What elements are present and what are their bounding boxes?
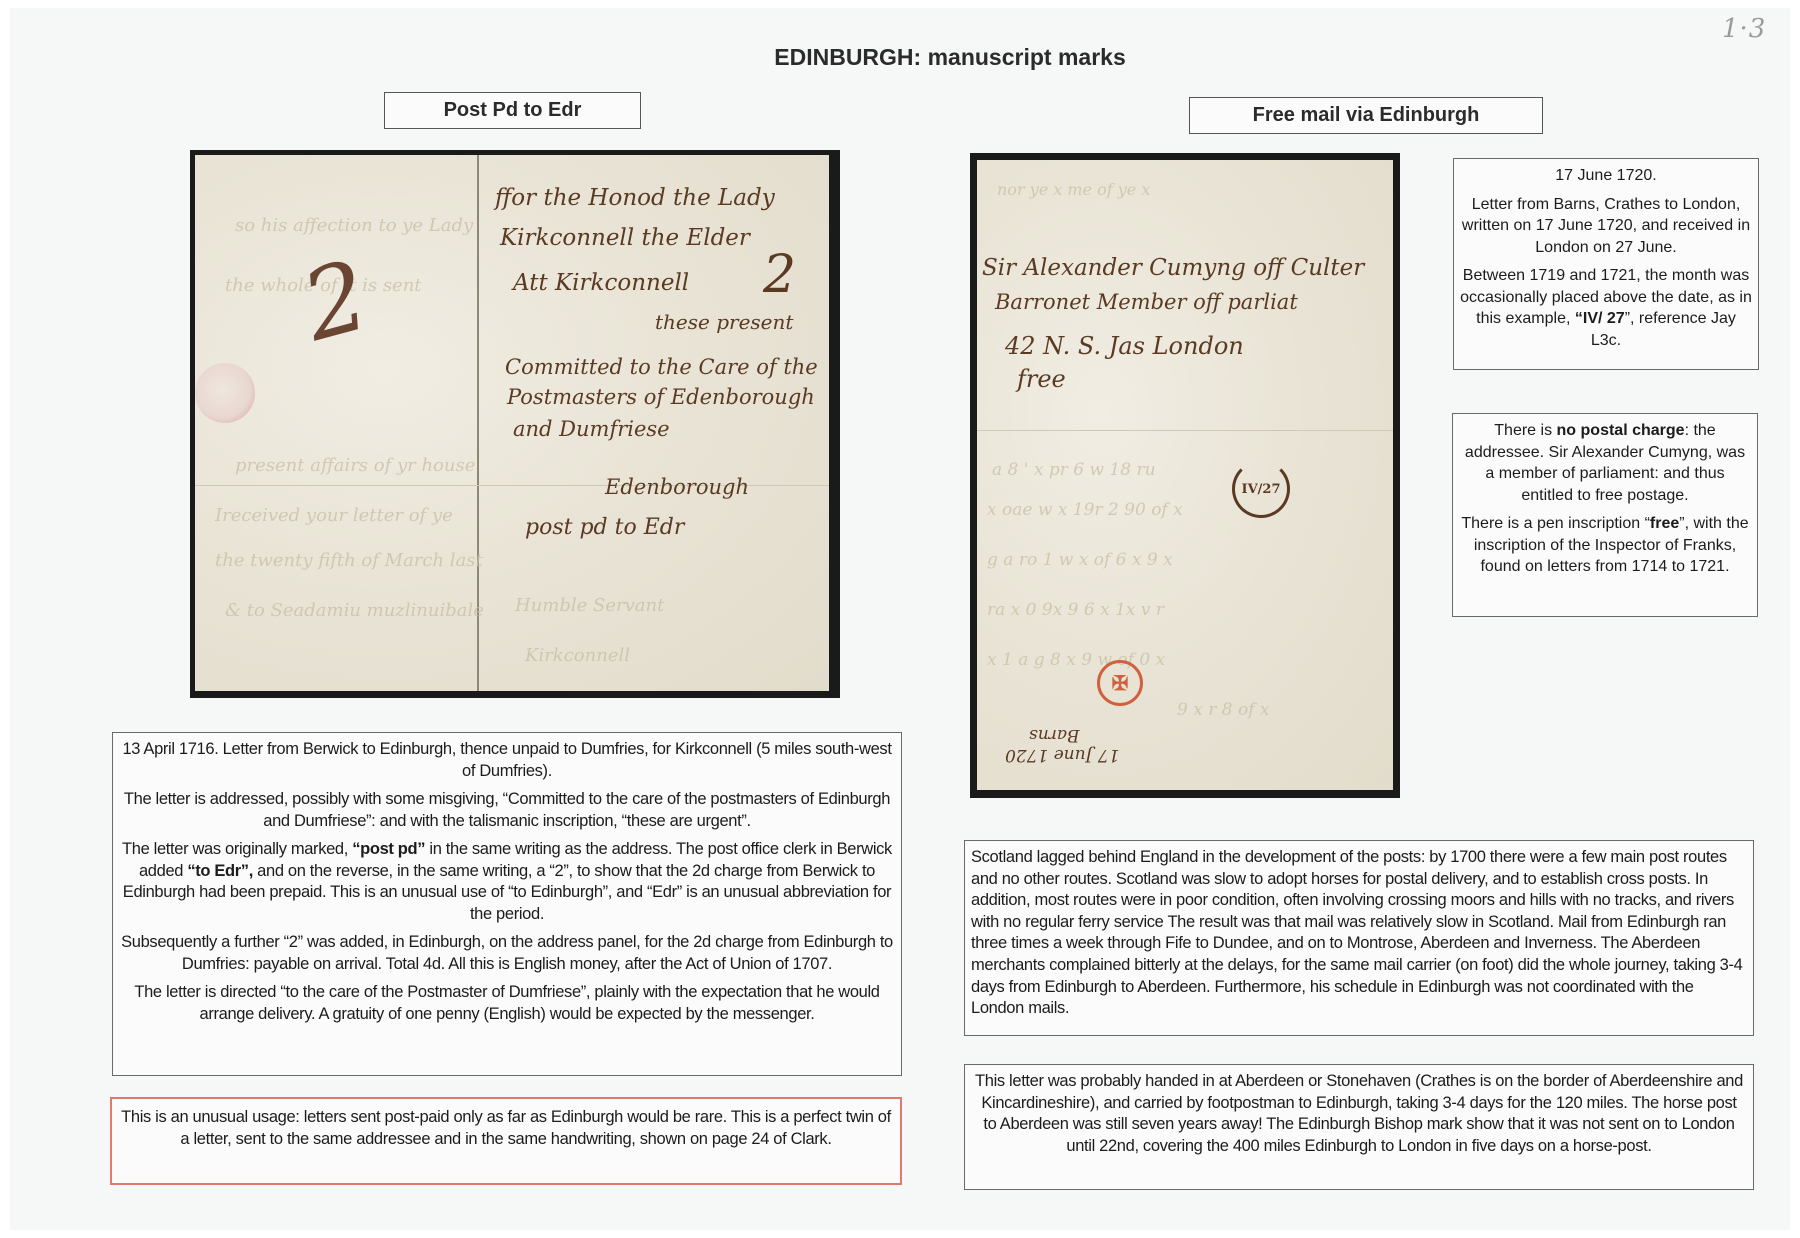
- history-text: Scotland lagged behind England in the de…: [971, 847, 1747, 1020]
- route-text-box: This letter was probably handed in at Ab…: [964, 1064, 1754, 1190]
- page-title: EDINBURGH: manuscript marks: [0, 44, 1800, 71]
- docket-place: Barns: [1005, 725, 1119, 745]
- show-through-text: nor ye x me of ye x: [997, 180, 1150, 199]
- description-paragraph: The letter was originally marked, “post …: [119, 839, 895, 925]
- show-through-text: g a ro 1 w x of 6 x 9 x: [987, 550, 1173, 570]
- info-date: 17 June 1720.: [1460, 165, 1752, 187]
- fold-line: [977, 430, 1393, 431]
- inverted-docket: 17 June 1720 Barns: [1005, 725, 1119, 765]
- manuscript-charge-mark: 2: [763, 245, 796, 305]
- highlight-note: This is an unusual usage: letters sent p…: [110, 1097, 902, 1185]
- letter-image-free-mail: nor ye x me of ye x a 8 ' x pr 6 w 18 ru…: [970, 153, 1400, 798]
- address-line: Postmasters of Edenborough: [507, 385, 815, 409]
- address-line: Barronet Member off parliat: [995, 290, 1298, 314]
- show-through-text: Humble Servant: [515, 595, 664, 616]
- show-through-text: x oae w x 19r 2 90 of x: [987, 500, 1183, 520]
- show-through-text: 9 x r 8 of x: [1177, 700, 1269, 720]
- address-line: Edenborough: [605, 475, 749, 499]
- post-pd-to-edr-mark: post pd to Edr: [525, 515, 684, 540]
- letter-paper: nor ye x me of ye x a 8 ' x pr 6 w 18 ru…: [977, 160, 1393, 790]
- bishop-mark: IV/27: [1232, 460, 1290, 518]
- address-line: 42 N. S. Jas London: [1005, 332, 1244, 360]
- show-through-text: present affairs of yr house: [235, 455, 475, 476]
- description-post-pd: 13 April 1716. Letter from Berwick to Ed…: [112, 732, 902, 1076]
- address-line: Att Kirkconnell: [513, 270, 689, 296]
- address-line: ffor the Honod the Lady: [495, 185, 775, 211]
- text-run-bold: “post pd”: [352, 840, 425, 858]
- description-paragraph: The letter is directed “to the care of t…: [119, 982, 895, 1025]
- info-box-date: 17 June 1720. Letter from Barns, Crathes…: [1453, 158, 1759, 370]
- show-through-text: & to Seadamiu muzlinuibale: [225, 600, 484, 621]
- highlight-note-text: This is an unusual usage: letters sent p…: [118, 1107, 894, 1150]
- address-line: Kirkconnell the Elder: [500, 225, 750, 251]
- docket-date: 17 June 1720: [1005, 745, 1119, 765]
- history-text-box: Scotland lagged behind England in the de…: [964, 840, 1754, 1036]
- text-run: There is: [1494, 422, 1556, 439]
- description-paragraph: 13 April 1716. Letter from Berwick to Ed…: [119, 739, 895, 782]
- show-through-text: so his affection to ye Lady: [235, 215, 473, 236]
- text-run-bold: “to Edr”,: [187, 862, 253, 880]
- route-text: This letter was probably handed in at Ab…: [973, 1071, 1745, 1157]
- address-line: Committed to the Care of the: [505, 355, 818, 379]
- text-run-bold: “IV/ 27: [1575, 310, 1625, 327]
- text-run-bold: no postal charge: [1557, 422, 1685, 439]
- show-through-text: x 1 a g 8 x 9 w of 0 x: [987, 650, 1165, 670]
- show-through-text: ra x 0 9x 9 6 x 1x v r: [987, 600, 1164, 620]
- text-run: There is a pen inscription “: [1461, 515, 1650, 532]
- inspector-of-franks-mark: ✠: [1097, 660, 1143, 706]
- show-through-text: Kirkconnell: [525, 645, 630, 666]
- manuscript-charge-mark-reverse: 2: [292, 239, 380, 363]
- address-line: and Dumfriese: [513, 417, 670, 441]
- letter-paper: so his affection to ye Lady the whole of…: [195, 155, 829, 691]
- page-number: 1·3: [1722, 14, 1766, 44]
- info-paragraph: There is a pen inscription “free”, with …: [1459, 513, 1751, 578]
- description-paragraph: Subsequently a further “2” was added, in…: [119, 932, 895, 975]
- info-paragraph: There is no postal charge: the addressee…: [1459, 420, 1751, 506]
- address-line: these present: [655, 310, 793, 334]
- show-through-text: Ireceived your letter of ye: [215, 505, 453, 526]
- free-inscription: free: [1017, 365, 1066, 393]
- show-through-text: the twenty fifth of March last: [215, 550, 483, 571]
- section-label-free-mail: Free mail via Edinburgh: [1189, 97, 1543, 134]
- wax-seal: [195, 363, 255, 423]
- letter-image-post-pd: so his affection to ye Lady the whole of…: [190, 150, 840, 698]
- info-paragraph: Letter from Barns, Crathes to London, wr…: [1460, 194, 1752, 259]
- show-through-text: a 8 ' x pr 6 w 18 ru: [992, 460, 1156, 480]
- address-line: Sir Alexander Cumyng off Culter: [982, 255, 1364, 281]
- text-run-bold: free: [1650, 515, 1679, 532]
- info-box-free-postage: There is no postal charge: the addressee…: [1452, 413, 1758, 617]
- section-label-post-pd: Post Pd to Edr: [384, 92, 641, 129]
- description-paragraph: The letter is addressed, possibly with s…: [119, 789, 895, 832]
- text-run: The letter was originally marked,: [122, 840, 352, 858]
- info-paragraph: Between 1719 and 1721, the month was occ…: [1460, 265, 1752, 351]
